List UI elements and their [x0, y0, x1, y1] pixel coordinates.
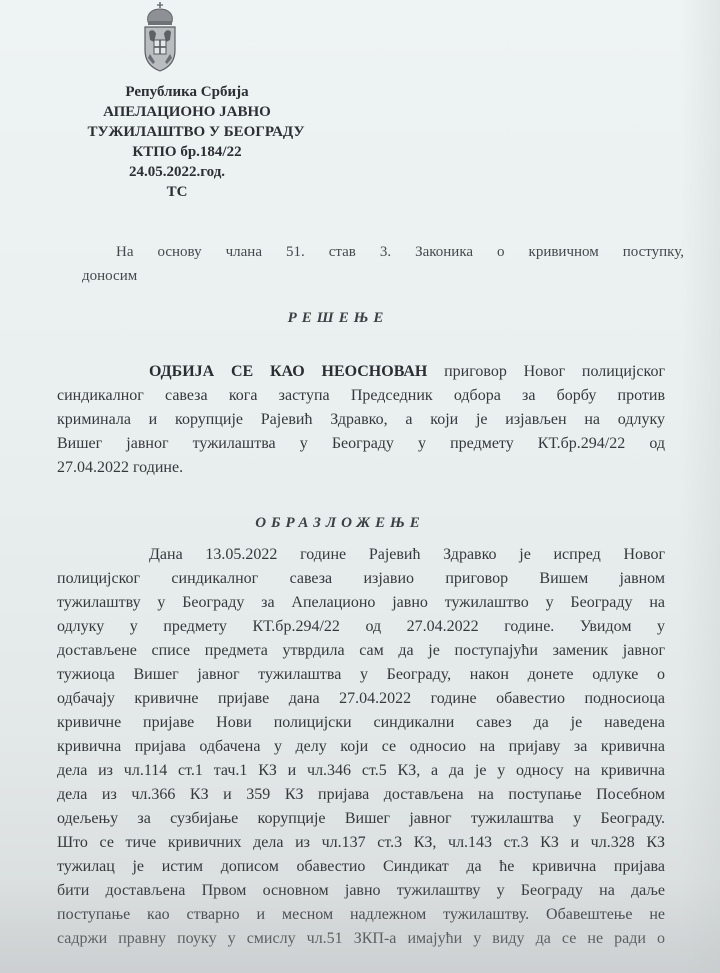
reasoning-line: поступање као стварно и месном надлежном…: [57, 903, 665, 927]
reasoning-line: одбачају кривичне пријаве дана 27.04.202…: [57, 687, 665, 711]
reasoning-line: кривичне пријаве Нови полицијски синдика…: [57, 711, 665, 735]
decision-bold-lead: ОДБИЈА СЕ КАО НЕОСНОВАН: [149, 363, 427, 380]
reasoning-line: бити достављена Првом основном јавно туж…: [57, 879, 665, 903]
decision-title: РЕШЕЊЕ: [0, 310, 698, 327]
header-case-reference: КТПО бр.184/22: [62, 142, 312, 162]
reasoning-line: достављене списе предмета утврдила сам д…: [57, 639, 665, 663]
header-country: Република Србија: [72, 82, 302, 102]
reasoning-line: дела из чл.114 ст.1 тач.1 КЗ и чл.346 ст…: [57, 759, 665, 783]
intro-line-1: На основу члана 51. став 3. Законика о к…: [88, 240, 684, 264]
decision-line: ОДБИЈА СЕ КАО НЕОСНОВАН приговор Новог п…: [57, 360, 665, 384]
page-shadow-right: [680, 0, 720, 973]
reasoning-line: садржи правну поуку у смислу чл.51 ЗКП-а…: [57, 927, 665, 951]
reasoning-line: Што се тиче кривичних дела из чл.137 ст.…: [57, 831, 665, 855]
decision-line: синдикалног савеза кога заступа Председн…: [57, 384, 665, 408]
reasoning-line: кривична пријава одбачена у делу који се…: [57, 735, 665, 759]
header-date: 24.05.2022.год.: [62, 162, 292, 182]
decision-line: Вишег јавног тужилаштва у Београду у пре…: [57, 432, 665, 456]
reasoning-line: одлуку у предмету КТ.бр.294/22 од 27.04.…: [57, 615, 665, 639]
header-initials: ТС: [62, 182, 292, 202]
reasoning-line: тужилаштву у Београду за Апелационо јавн…: [57, 591, 665, 615]
document-header: Република Србија АПЕЛАЦИОНО ЈАВНО ТУЖИЛА…: [62, 82, 362, 202]
reasoning-line: тужиоца Вишег јавног тужилаштва у Београ…: [57, 663, 665, 687]
decision-paragraph: ОДБИЈА СЕ КАО НЕОСНОВАН приговор Новог п…: [57, 360, 665, 480]
header-office-line2: ТУЖИЛАШТВО У БЕОГРАДУ: [46, 122, 346, 142]
reasoning-line: дела из чл.366 КЗ и 359 КЗ пријава доста…: [57, 783, 665, 807]
intro-paragraph: На основу члана 51. став 3. Законика о к…: [88, 240, 688, 288]
reasoning-line: одељењу за сузбијање корупције Вишег јав…: [57, 807, 665, 831]
reasoning-title: ОБРАЗЛОЖЕЊЕ: [0, 515, 700, 532]
reasoning-line: тужилац је истим дописом обавестио Синди…: [57, 855, 665, 879]
coat-of-arms-icon: [142, 2, 178, 72]
document-page: Република Србија АПЕЛАЦИОНО ЈАВНО ТУЖИЛА…: [0, 0, 720, 973]
reasoning-line: полицијског синдикалног савеза изјавио п…: [57, 567, 665, 591]
decision-line: криминала и корупције Рајевић Здравко, а…: [57, 408, 665, 432]
intro-line-2: доносим: [82, 264, 688, 288]
decision-line: 27.04.2022 године.: [57, 456, 665, 480]
header-office-line1: АПЕЛАЦИОНО ЈАВНО: [62, 102, 312, 122]
reasoning-paragraph: Дана 13.05.2022 године Рајевић Здравко ј…: [57, 543, 665, 951]
reasoning-line: Дана 13.05.2022 године Рајевић Здравко ј…: [57, 543, 665, 567]
